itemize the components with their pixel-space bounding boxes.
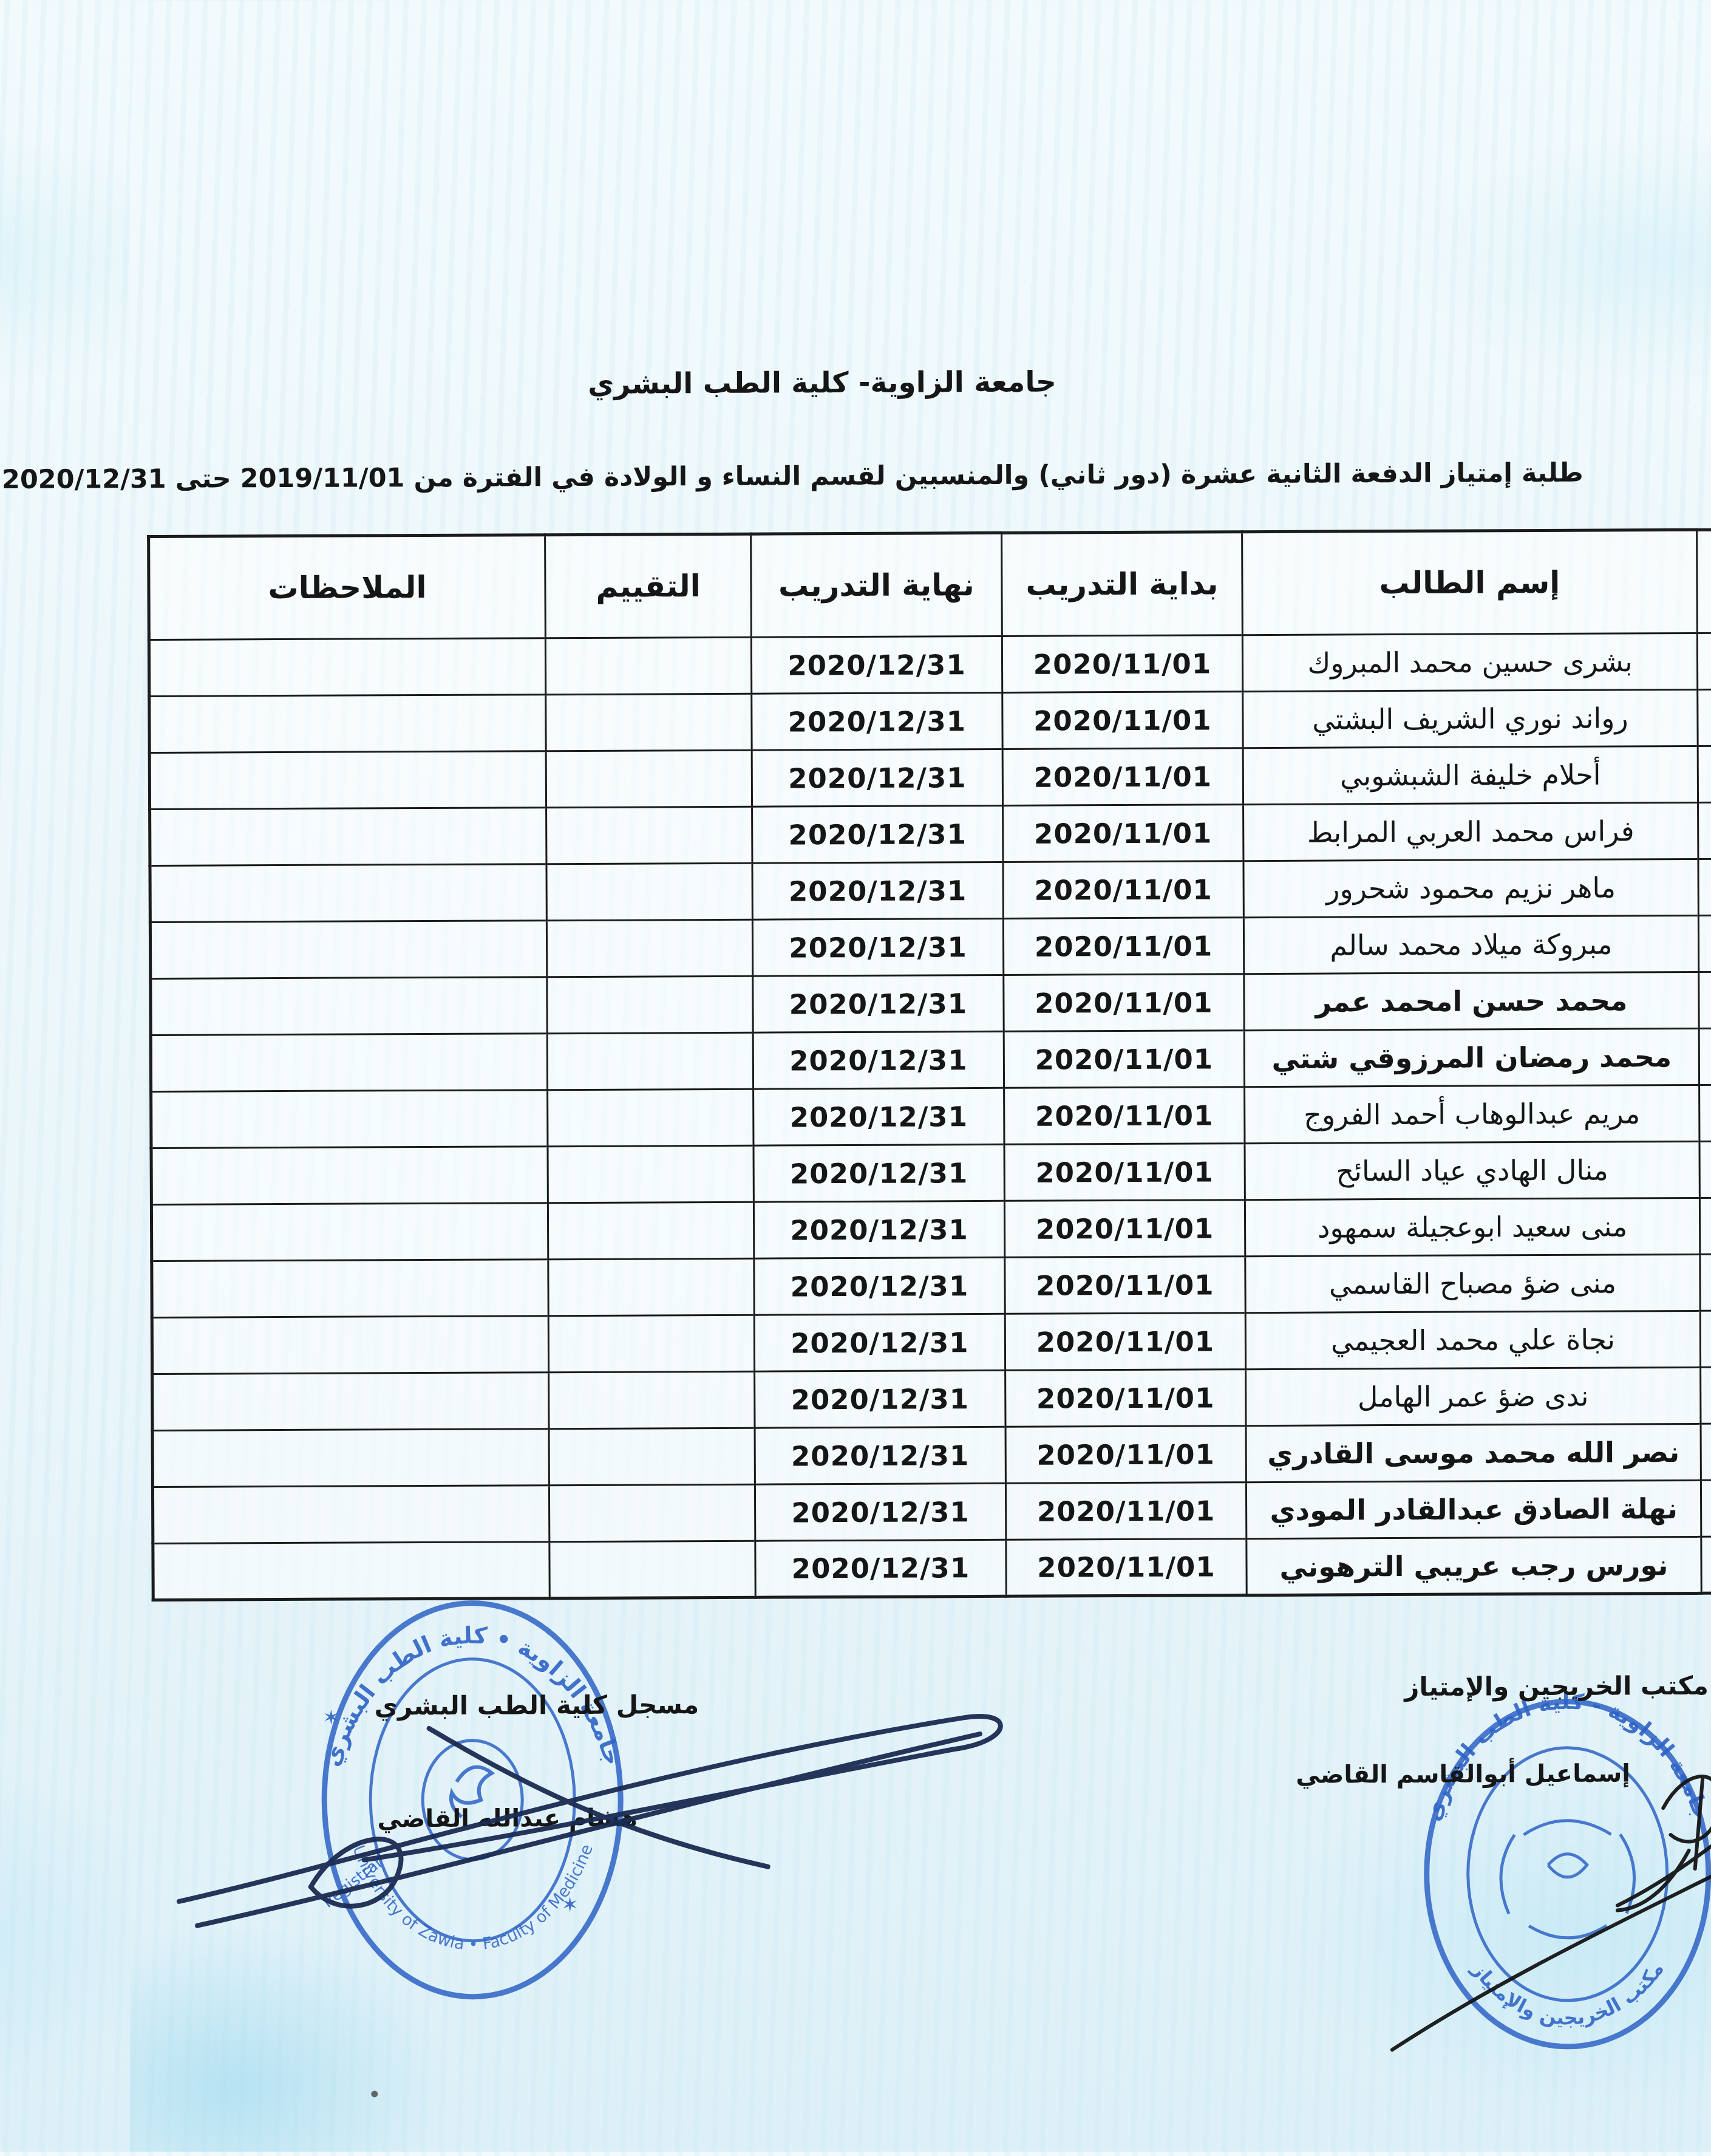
- cell-start-date: 2020/11/01: [875, 1370, 1116, 1427]
- registrar-signature: [33, 1652, 908, 1947]
- cell-row-number: 16: [1571, 1480, 1682, 1537]
- table-header-row: ر.م إسم الطالب بداية التدريب نهاية التدر…: [19, 530, 1679, 640]
- cell-student-name: منى ضؤ مصباح القاسمي: [1115, 1254, 1570, 1312]
- cell-evaluation: [417, 919, 623, 977]
- cell-notes: [22, 1373, 420, 1431]
- cell-student-name: منال الهادي عياد السائح: [1115, 1141, 1570, 1199]
- cell-end-date: 2020/12/31: [623, 1031, 874, 1089]
- cell-end-date: 2020/12/31: [625, 1427, 876, 1484]
- cell-start-date: 2020/11/01: [876, 1482, 1117, 1540]
- cell-end-date: 2020/12/31: [622, 918, 873, 976]
- cell-notes: [22, 1260, 419, 1318]
- cell-notes: [20, 808, 417, 866]
- cell-notes: [21, 1203, 418, 1261]
- table-row: 9 مريم عبدالوهاب أحمد الفروج 2020/11/01 …: [21, 1085, 1681, 1148]
- cell-start-date: 2020/11/01: [874, 1144, 1115, 1201]
- cell-student-name: نهلة الصادق عبدالقادر المودي: [1116, 1480, 1571, 1538]
- cell-end-date: 2020/12/31: [623, 975, 874, 1032]
- cell-notes: [19, 695, 417, 753]
- cell-row-number: 5: [1568, 859, 1680, 916]
- cell-row-number: 7: [1569, 972, 1681, 1029]
- cell-end-date: 2020/12/31: [622, 862, 873, 919]
- cell-end-date: 2020/12/31: [622, 749, 873, 807]
- cell-row-number: 17: [1571, 1537, 1683, 1594]
- cell-row-number: 10: [1570, 1141, 1681, 1198]
- cell-start-date: 2020/11/01: [873, 692, 1114, 749]
- cell-student-name: أحلام خليفة الشبشوبي: [1113, 746, 1568, 804]
- cell-end-date: 2020/12/31: [625, 1483, 876, 1541]
- cell-notes: [22, 1429, 420, 1487]
- document-sheet: جامعة الزاوية- كلية الطب البشري طلبة إمت…: [0, 0, 1711, 2152]
- cell-student-name: فراس محمد العربي المرابط: [1114, 802, 1568, 861]
- cell-notes: [21, 1090, 418, 1148]
- cell-evaluation: [420, 1484, 625, 1541]
- cell-row-number: 2: [1568, 689, 1679, 746]
- cell-evaluation: [419, 1371, 625, 1428]
- table-row: 3 أحلام خليفة الشبشوبي 2020/11/01 2020/1…: [19, 746, 1679, 810]
- cell-notes: [22, 1486, 420, 1544]
- table-row: 8 محمد رمضان المرزوقي شتي 2020/11/01 202…: [21, 1028, 1680, 1092]
- cell-student-name: رواند نوري الشريف البشتي: [1113, 689, 1568, 748]
- cell-start-date: 2020/11/01: [875, 1257, 1116, 1314]
- students-table-wrapper: ر.م إسم الطالب بداية التدريب نهاية التدر…: [17, 528, 1684, 1602]
- table-row: 7 محمد حسن امحمد عمر 2020/11/01 2020/12/…: [21, 972, 1680, 1035]
- cell-row-number: 6: [1568, 915, 1680, 972]
- cell-row-number: 1: [1567, 633, 1679, 690]
- cell-evaluation: [418, 1089, 624, 1146]
- cell-evaluation: [418, 1202, 624, 1259]
- table-row: 11 منى سعيد ابوعجيلة سمهود 2020/11/01 20…: [21, 1198, 1681, 1261]
- cell-end-date: 2020/12/31: [622, 692, 873, 750]
- table-row: 5 ماهر نزيم محمود شحرور 2020/11/01 2020/…: [20, 859, 1679, 923]
- cell-end-date: 2020/12/31: [621, 636, 872, 694]
- cell-start-date: 2020/11/01: [872, 635, 1113, 693]
- cell-notes: [20, 921, 417, 979]
- cell-student-name: محمد حسن امحمد عمر: [1114, 972, 1569, 1030]
- cell-evaluation: [418, 1258, 624, 1315]
- cell-start-date: 2020/11/01: [876, 1426, 1117, 1484]
- cell-row-number: 15: [1571, 1424, 1682, 1481]
- cell-evaluation: [417, 976, 623, 1033]
- table-row: 10 منال الهادي عياد السائح 2020/11/01 20…: [21, 1141, 1681, 1205]
- cell-row-number: 14: [1570, 1367, 1682, 1424]
- cell-student-name: مريم عبدالوهاب أحمد الفروج: [1115, 1085, 1570, 1143]
- cell-row-number: 3: [1568, 746, 1679, 803]
- table-row: 14 ندى ضؤ عمر الهامل 2020/11/01 2020/12/…: [22, 1367, 1682, 1431]
- coordinator-signature: [1193, 1709, 1711, 2076]
- header-training-end: نهاية التدريب: [621, 533, 872, 637]
- cell-start-date: 2020/11/01: [873, 748, 1114, 806]
- table-row: 4 فراس محمد العربي المرابط 2020/11/01 20…: [20, 802, 1679, 866]
- cell-evaluation: [416, 750, 622, 807]
- coordinator-title: منسق مكتب الخريجين والإمتياز: [1274, 1670, 1662, 1702]
- cell-student-name: نجاة علي محمد العجيمي: [1115, 1311, 1570, 1369]
- cell-notes: [22, 1316, 419, 1374]
- cell-start-date: 2020/11/01: [874, 1031, 1115, 1088]
- table-row: 1 بشرى حسين محمد المبروك 2020/11/01 2020…: [19, 633, 1678, 697]
- table-row: 15 نصر الله محمد موسى القادري 2020/11/01…: [22, 1424, 1682, 1487]
- cell-evaluation: [417, 807, 622, 864]
- cell-end-date: 2020/12/31: [625, 1370, 876, 1428]
- scanned-document-page: { "document": { "title": "جامعة الزاوية-…: [0, 0, 1711, 2152]
- cell-end-date: 2020/12/31: [622, 805, 873, 863]
- cell-notes: [19, 638, 416, 697]
- cell-evaluation: [417, 863, 622, 920]
- table-row: 13 نجاة علي محمد العجيمي 2020/11/01 2020…: [22, 1311, 1681, 1374]
- cell-student-name: مبروكة ميلاد محمد سالم: [1114, 915, 1568, 974]
- cell-end-date: 2020/12/31: [624, 1257, 875, 1315]
- header-row-number: ر.م: [1566, 530, 1678, 633]
- header-training-start: بداية التدريب: [871, 532, 1112, 636]
- cell-end-date: 2020/12/31: [625, 1540, 876, 1597]
- cell-end-date: 2020/12/31: [624, 1314, 875, 1371]
- table-row: 2 رواند نوري الشريف البشتي 2020/11/01 20…: [19, 689, 1679, 753]
- table-row: 12 منى ضؤ مصباح القاسمي 2020/11/01 2020/…: [22, 1254, 1681, 1318]
- cell-student-name: منى سعيد ابوعجيلة سمهود: [1115, 1198, 1570, 1256]
- cell-student-name: نصر الله محمد موسى القادري: [1116, 1424, 1571, 1482]
- cell-notes: [21, 977, 418, 1035]
- cell-start-date: 2020/11/01: [874, 1087, 1115, 1145]
- cell-end-date: 2020/12/31: [624, 1201, 875, 1258]
- cell-notes: [21, 1034, 418, 1092]
- cell-row-number: 4: [1568, 802, 1679, 859]
- cell-evaluation: [418, 1145, 624, 1203]
- cell-evaluation: [416, 637, 622, 694]
- cell-notes: [19, 751, 417, 810]
- students-table: ر.م إسم الطالب بداية التدريب نهاية التدر…: [17, 528, 1684, 1602]
- page-title: جامعة الزاوية- كلية الطب البشري: [0, 363, 1387, 403]
- cell-start-date: 2020/11/01: [873, 861, 1114, 919]
- header-notes: الملاحظات: [19, 535, 416, 640]
- header-student-name: إسم الطالب: [1112, 530, 1568, 635]
- cell-evaluation: [416, 694, 622, 751]
- cell-row-number: 12: [1570, 1254, 1682, 1311]
- header-evaluation: التقييم: [415, 534, 622, 638]
- cell-row-number: 11: [1570, 1198, 1681, 1255]
- cell-student-name: محمد رمضان المرزوقي شتي: [1114, 1028, 1569, 1087]
- cell-notes: [21, 1147, 418, 1205]
- cell-start-date: 2020/11/01: [876, 1539, 1117, 1597]
- cell-student-name: ندى ضؤ عمر الهامل: [1116, 1367, 1571, 1425]
- cell-student-name: نورس رجب عريبي الترهوني: [1117, 1537, 1571, 1595]
- cell-row-number: 8: [1569, 1028, 1681, 1085]
- cell-end-date: 2020/12/31: [624, 1088, 874, 1145]
- cell-evaluation: [417, 1032, 623, 1090]
- table-row: 16 نهلة الصادق عبدالقادر المودي 2020/11/…: [22, 1480, 1682, 1544]
- page-subtitle: طلبة إمتياز الدفعة الثانية عشرة (دور ثان…: [0, 458, 1454, 495]
- cell-start-date: 2020/11/01: [874, 974, 1115, 1032]
- cell-notes: [20, 864, 417, 923]
- cell-student-name: ماهر نزيم محمود شحرور: [1114, 859, 1568, 917]
- cell-end-date: 2020/12/31: [624, 1144, 874, 1202]
- cell-row-number: 9: [1569, 1085, 1681, 1142]
- cell-start-date: 2020/11/01: [874, 1200, 1115, 1258]
- cell-start-date: 2020/11/01: [873, 918, 1114, 975]
- table-row: 6 مبروكة ميلاد محمد سالم 2020/11/01 2020…: [20, 915, 1679, 979]
- cell-evaluation: [419, 1428, 625, 1485]
- cell-student-name: بشرى حسين محمد المبروك: [1112, 633, 1567, 691]
- cell-start-date: 2020/11/01: [873, 805, 1114, 862]
- cell-row-number: 13: [1570, 1311, 1682, 1368]
- cell-start-date: 2020/11/01: [875, 1313, 1116, 1371]
- cell-evaluation: [418, 1315, 624, 1372]
- ink-spot: [241, 2090, 248, 2097]
